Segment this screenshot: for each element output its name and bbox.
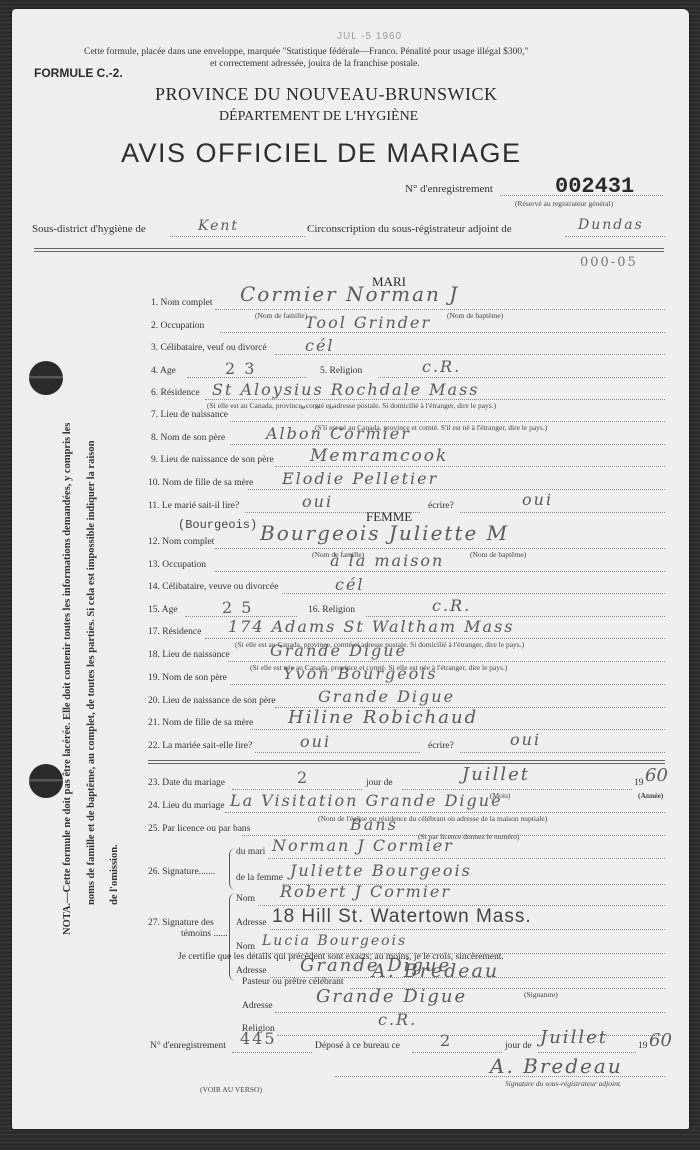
franking-notice-line-1: Cette formule, placée dans une enveloppe… <box>84 47 528 57</box>
groom-father-birthplace: Memramcook <box>310 446 448 466</box>
header-divider <box>34 248 664 249</box>
deposit-month-line <box>538 1052 636 1053</box>
witness-1-address-line <box>270 929 665 930</box>
file-annotation: 000-05 <box>580 255 638 270</box>
deposit-registration-number: 445 <box>240 1029 277 1048</box>
deposit-month: Juillet <box>540 1027 608 1048</box>
form-number: FORMULE C.-2. <box>34 66 123 80</box>
bride-signature: Juliette Bourgeois <box>290 861 472 880</box>
deposit-jour-de: jour de <box>505 1041 532 1051</box>
bride-mother-maiden-name: Hiline Robichaud <box>288 707 478 728</box>
field-10-label: 10. Nom de fille de sa mère <box>148 478 253 488</box>
punch-hole-top <box>29 361 63 395</box>
marriage-year-note: (Année) <box>638 791 663 800</box>
bride-given-name-note: (Nom de baptême) <box>470 550 526 559</box>
field-8-line <box>230 444 665 445</box>
circonscription-line <box>565 236 665 237</box>
groom-marital-status: cél <box>305 336 335 355</box>
pasteur-signature: A. Bredeau <box>372 960 499 982</box>
field-22-line-a <box>255 752 420 753</box>
field-2-line <box>220 332 665 333</box>
bride-father-name: Yvon Bourgeois <box>283 664 438 683</box>
field-6-line <box>205 399 665 400</box>
field-4-label: 4. Age <box>151 366 176 376</box>
groom-religion: c.R. <box>422 357 461 376</box>
field-6-label: 6. Résidence <box>151 388 200 398</box>
field-9-line <box>275 466 665 467</box>
registration-number-label: N° d'enregistrement <box>405 183 493 195</box>
nota-line-2: noms de famille et de baptême, au comple… <box>86 441 97 905</box>
field-13-line <box>215 571 665 572</box>
circonscription-value: Dundas <box>578 217 644 233</box>
nota-line-1: NOTA.—Cette formule ne doit pas être lac… <box>62 423 73 935</box>
field-19-label: 19. Nom de son père <box>148 673 227 683</box>
witness-1-name: Robert J Cormier <box>280 882 451 901</box>
marriage-section-divider-2 <box>148 763 665 764</box>
bride-can-write: oui <box>510 730 541 749</box>
groom-signature-label: du mari <box>236 847 265 857</box>
witness-brace <box>229 893 236 981</box>
bride-can-read: oui <box>300 732 331 751</box>
groom-full-name: Cormier Norman J <box>240 282 459 306</box>
field-22-line-b <box>460 752 665 753</box>
subregistrar-signature-note: Signature du sous-régistrateur adjoint. <box>505 1079 622 1088</box>
field-3-label: 3. Célibataire, veuf ou divorcé <box>151 343 267 353</box>
bride-full-name: Bourgeois Juliette M <box>260 521 509 545</box>
groom-signature-line <box>268 858 665 859</box>
groom-signature: Norman J Cormier <box>272 836 454 855</box>
field-1-label: 1. Nom complet <box>151 298 212 308</box>
groom-given-name-note: (Nom de baptême) <box>447 311 503 320</box>
field-27-label: 27. Signature des <box>148 918 214 928</box>
field-11-line-b <box>460 512 665 513</box>
field-7-line <box>230 421 665 422</box>
see-reverse-note: (VOIR AU VERSO) <box>200 1085 262 1094</box>
deposit-registration-label: N° d'enregistrement <box>150 1041 226 1051</box>
marriage-day: 2 <box>297 768 309 787</box>
deposit-label: Déposé à ce bureau ce <box>315 1041 400 1051</box>
field-16-label: 16. Religion <box>308 605 355 615</box>
deposit-day: 2 <box>440 1031 452 1050</box>
field-12-line <box>215 548 665 549</box>
punch-hole-bottom <box>29 764 63 798</box>
field-2-label: 2. Occupation <box>151 321 204 331</box>
marriage-year-prefix: 19 <box>634 778 644 788</box>
bride-typed-surname: (Bourgeois) <box>178 518 257 532</box>
field-24-line <box>225 812 665 813</box>
subdistrict-label: Sous-district d'hygiène de <box>32 223 146 235</box>
groom-birthplace: ” ” ” <box>300 404 336 418</box>
field-27-label-2: témoins ...... <box>181 929 228 939</box>
witness-2-name-label: Nom <box>236 942 255 952</box>
pasteur-address-label: Adresse <box>242 1001 273 1011</box>
groom-father-name: Albon Cormier <box>266 424 411 443</box>
marriage-year: 60 <box>645 765 668 786</box>
circonscription-label: Circonscription du sous-régistrateur adj… <box>307 223 512 235</box>
field-24-label: 24. Lieu du mariage <box>148 801 225 811</box>
field-12-label: 12. Nom complet <box>148 537 214 547</box>
licence-or-banns: Bans <box>350 815 398 834</box>
deposit-year: 60 <box>649 1030 672 1051</box>
field-23-line-day <box>232 789 362 790</box>
witness-1-name-label: Nom <box>236 894 255 904</box>
groom-residence: St Aloysius Rochdale Mass <box>212 380 480 399</box>
field-15-label: 15. Age <box>148 605 178 615</box>
field-9-label: 9. Lieu de naissance de son père <box>151 455 274 465</box>
field-14-label: 14. Célibataire, veuve ou divorcée <box>148 582 278 592</box>
witness-2-address-label: Adresse <box>236 966 267 976</box>
nota-line-3: de l'omission. <box>109 844 120 905</box>
witness-1-address: 18 Hill St. Watertown Mass. <box>272 906 532 928</box>
province-heading: PROVINCE DU NOUVEAU-BRUNSWICK <box>155 84 498 105</box>
field-6-note: (Si elle est au Canada, province, comté … <box>207 401 496 410</box>
field-23-line-month <box>402 789 632 790</box>
field-25-label: 25. Par licence ou par bans <box>148 824 250 834</box>
groom-can-read: oui <box>302 492 333 511</box>
groom-occupation: Tool Grinder <box>305 313 431 332</box>
field-5-line <box>378 377 665 378</box>
field-22-label: 22. La mariée sait-elle lire? <box>148 741 252 751</box>
pasteur-signature-note: (Signature) <box>524 990 558 999</box>
deposit-year-prefix: 19 <box>638 1041 648 1051</box>
bride-marital-status: cél <box>335 575 365 594</box>
field-18-label: 18. Lieu de naissance <box>148 650 230 660</box>
groom-age: 2 3 <box>225 359 256 378</box>
pasteur-address: Grande Digue <box>316 986 467 1007</box>
field-23-label: 23. Date du mariage <box>148 778 225 788</box>
department-heading: DÉPARTEMENT DE L'HYGIÈNE <box>219 109 418 125</box>
field-8-label: 8. Nom de son père <box>151 433 225 443</box>
field-10-line <box>248 489 665 490</box>
field-7-label: 7. Lieu de naissance <box>151 410 228 420</box>
subdistrict-line <box>170 236 305 237</box>
bride-father-birthplace: Grande Digue <box>318 687 455 706</box>
signature-brace <box>229 848 236 890</box>
bride-religion: c.R. <box>432 596 471 615</box>
field-17-label: 17. Résidence <box>148 627 201 637</box>
field-17-line <box>205 638 665 639</box>
field-11-label: 11. Le marié sait-il lire? <box>148 501 239 511</box>
field-20-label: 20. Lieu de naissance de son père <box>148 696 275 706</box>
form-title: AVIS OFFICIEL DE MARIAGE <box>121 138 522 169</box>
deposit-registration-line <box>232 1052 312 1053</box>
marriage-month: Juillet <box>462 764 530 785</box>
witness-2-name: Lucia Bourgeois <box>262 933 407 949</box>
received-date-stamp: JUL -5 1960 <box>337 31 402 42</box>
field-19-line <box>230 684 665 685</box>
witness-1-address-label: Adresse <box>236 918 267 928</box>
registration-number-note: (Réservé au registrateur général) <box>515 199 613 208</box>
field-13-label: 13. Occupation <box>148 560 206 570</box>
field-11-write-label: écrire? <box>428 501 454 511</box>
field-21-label: 21. Nom de fille de sa mère <box>148 718 253 728</box>
field-18-line <box>228 661 665 662</box>
groom-can-write: oui <box>522 490 553 509</box>
deposit-day-line <box>412 1052 502 1053</box>
bride-residence: 174 Adams St Waltham Mass <box>228 617 515 636</box>
marriage-place: La Visitation Grande Digue <box>230 791 503 810</box>
field-26-label: 26. Signature....... <box>148 867 215 877</box>
header-divider-2 <box>34 251 664 252</box>
bride-occupation: à la maison <box>330 551 444 570</box>
field-22-write-label: écrire? <box>428 741 454 751</box>
marriage-section-divider <box>148 760 665 761</box>
registration-number-value: 002431 <box>555 174 634 199</box>
bride-age: 2 5 <box>222 598 253 617</box>
field-23-jour-de: jour de <box>366 778 393 788</box>
field-5-label: 5. Religion <box>320 366 362 376</box>
pasteur-address-line <box>275 1012 665 1013</box>
field-21-line <box>250 729 665 730</box>
bride-birthplace: Grande Digue <box>270 641 407 660</box>
franking-notice-line-2: et correctement adressée, jouira de la f… <box>210 59 420 69</box>
subdistrict-value: Kent <box>198 218 239 234</box>
field-1-line <box>215 309 665 310</box>
groom-mother-maiden-name: Elodie Pelletier <box>282 469 438 488</box>
pasteur-religion: c.R. <box>378 1010 417 1029</box>
groom-surname-note: (Nom de famille) <box>255 311 307 320</box>
subregistrar-signature: A. Bredeau <box>490 1054 623 1078</box>
bride-signature-label: de la femme <box>236 873 283 883</box>
